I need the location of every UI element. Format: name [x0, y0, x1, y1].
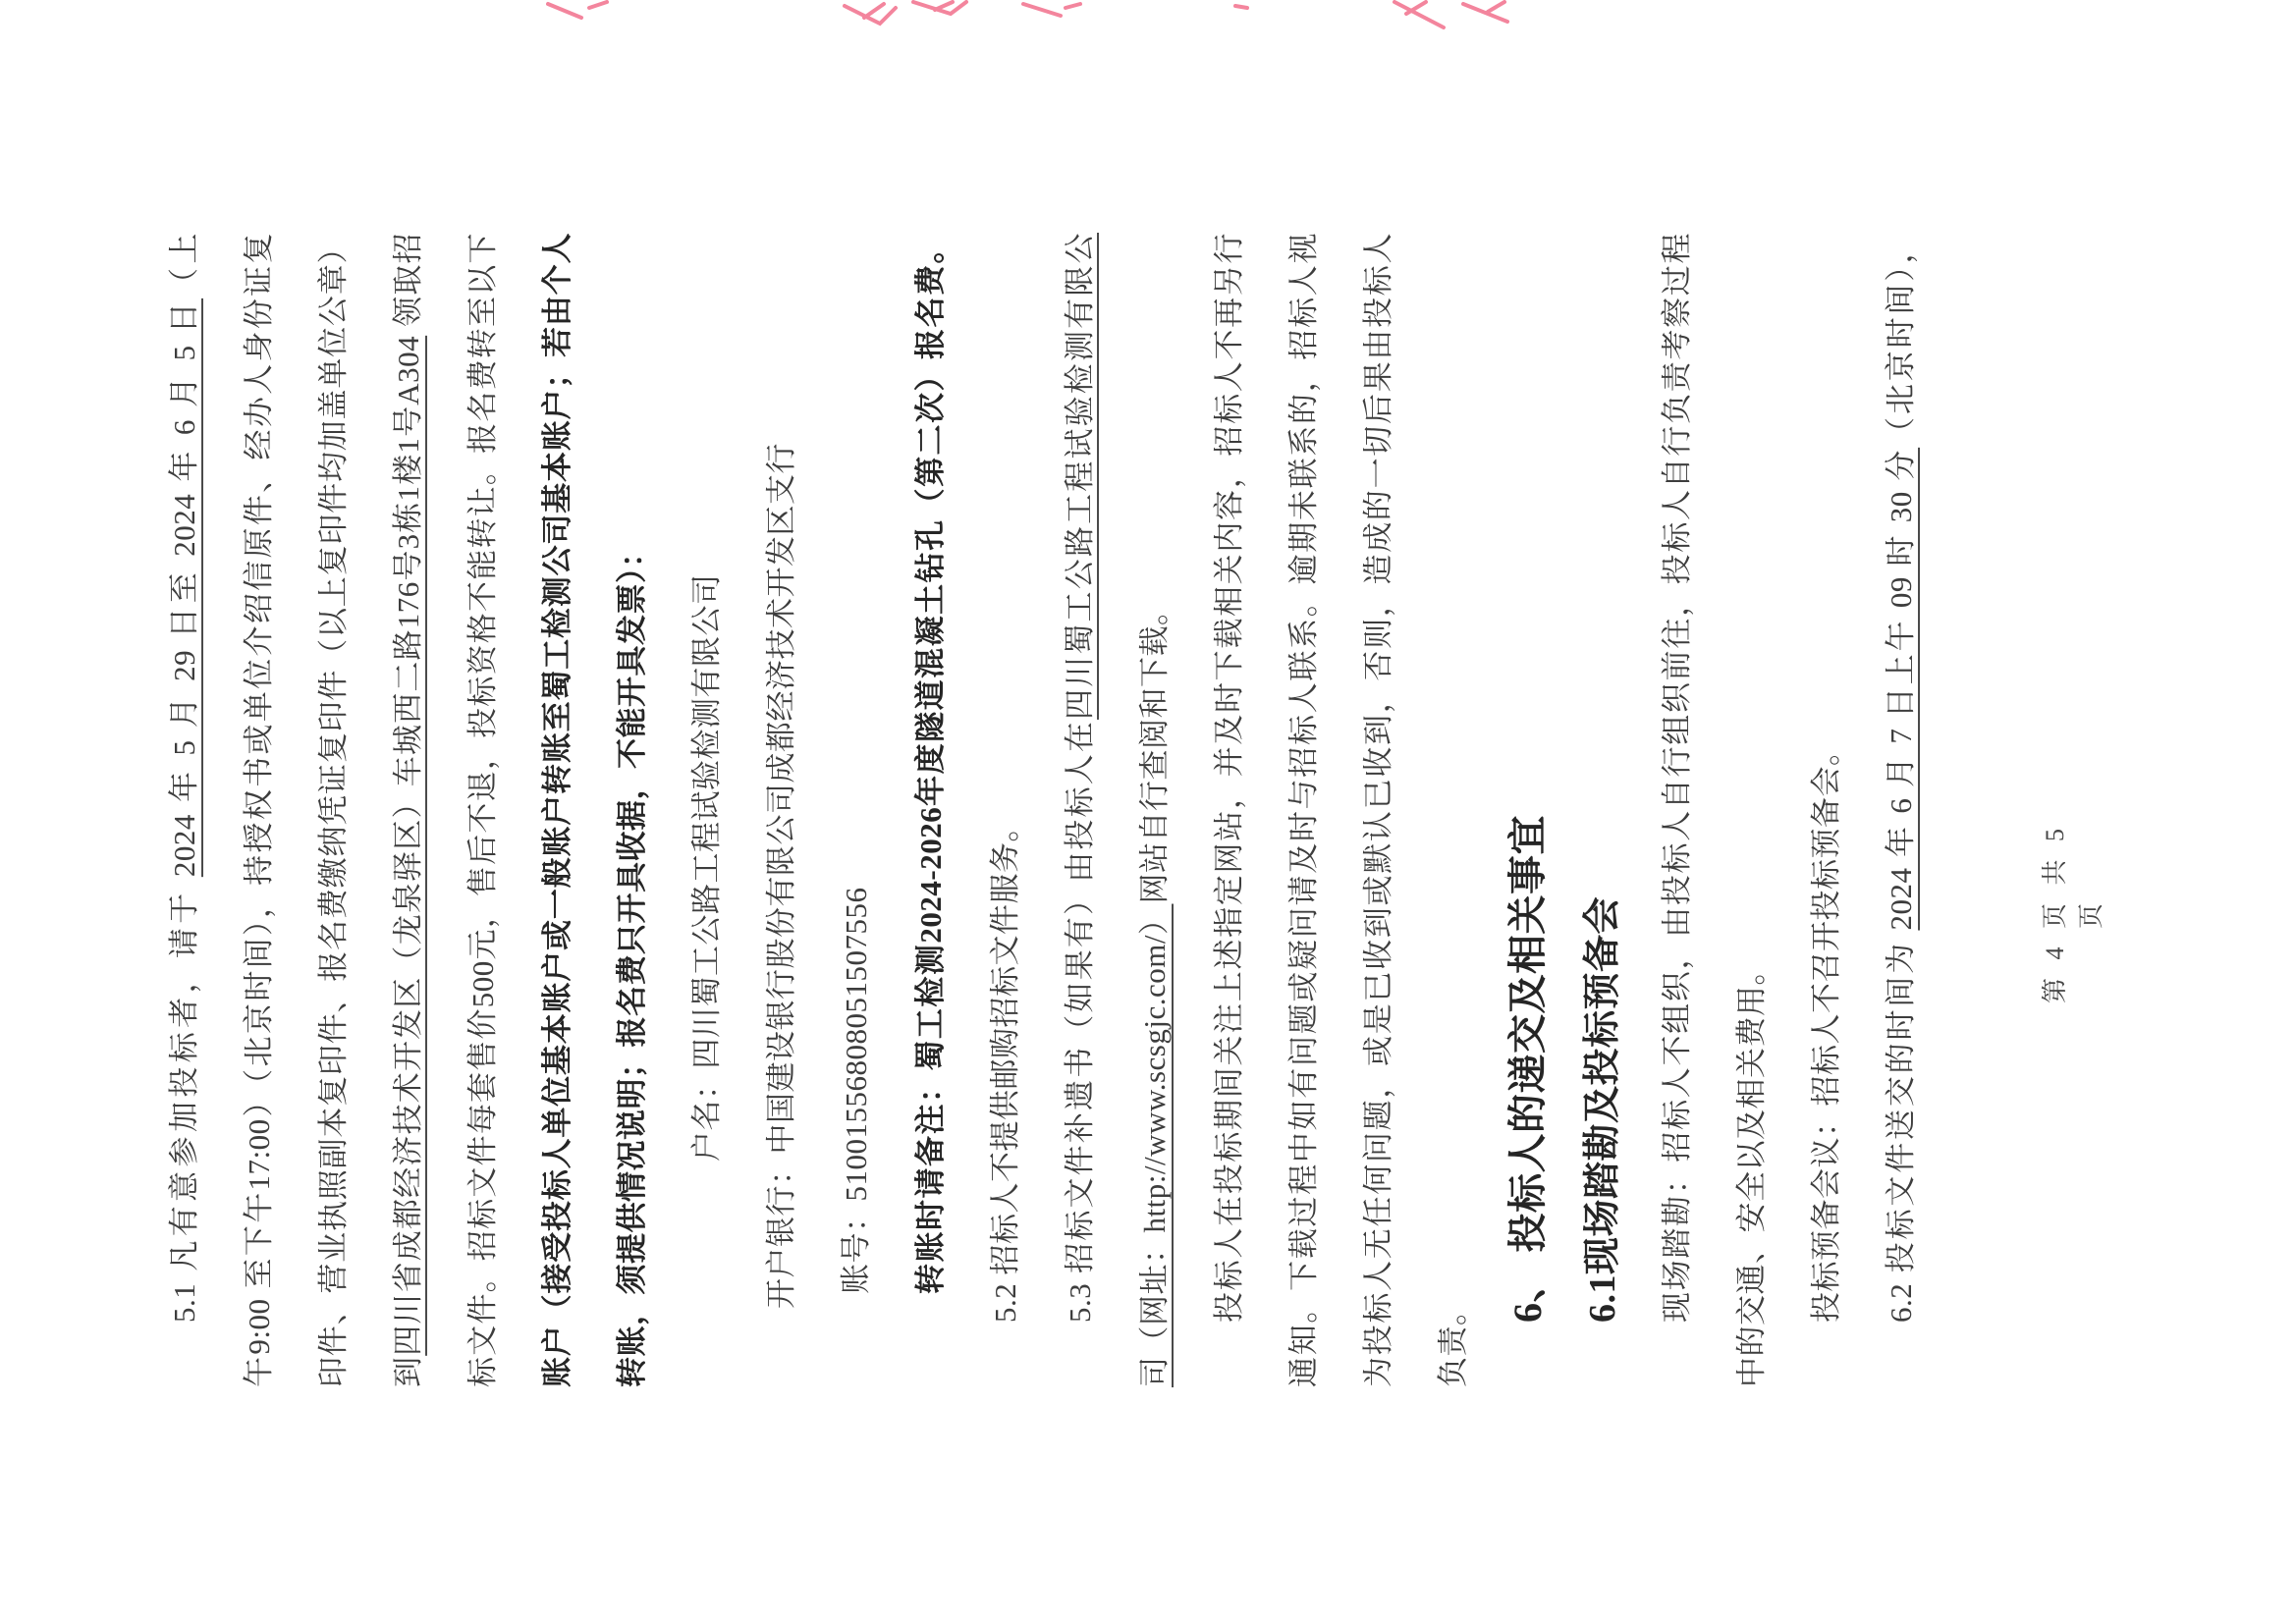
text-line: 户名：四川蜀工公路工程试验检测有限公司 — [670, 233, 744, 1387]
red-ink-marks — [530, 0, 1532, 47]
text-segment: 投标人在投标期间关注上述指定网站，并及时下载相关内容，招标人不再另行 — [1212, 233, 1246, 1323]
text-segment: （上 — [167, 233, 201, 298]
text-line: 6.2 投标文件送交的时间为 2024 年 6 月 7 日上午 09 时 30 … — [1864, 233, 1939, 1387]
underlined-text: 四川省成都经济技术开发区（龙泉驿区）车城西二路176号3栋1楼1号A304 — [391, 336, 425, 1356]
text-segment: 5.3 招标文件补遗书（如果有）由投标人在 — [1063, 720, 1097, 1323]
text-segment: 5.2 招标人不提供邮购招标文件服务。 — [988, 811, 1022, 1323]
text-line: 开户银行：中国建设银行股份有限公司成都经济技术开发区支行 — [744, 233, 819, 1387]
text-line: 投标人在投标期间关注上述指定网站，并及时下载相关内容，招标人不再另行 — [1192, 233, 1267, 1387]
text-line: 为投标人无任何问题，或是已收到或默认已收到，否则，造成的一切后果由投标人 — [1341, 233, 1416, 1387]
text-line: 账户（接受投标人单位基本账户或一般账户转账至蜀工检测公司基本账户；若由个人 — [520, 233, 595, 1387]
text-segment: 6、 投标人的递交及相关事宜 — [1505, 815, 1550, 1323]
page-footer: 第 4 页 共 5 页 — [2035, 805, 2107, 1021]
text-line: 通知。下载过程中如有问题或疑问请及时与招标人联系。逾期未联系的，招标人视 — [1267, 233, 1341, 1387]
text-line: 司（网址：http://www.scsgjc.com/）网站自行查阅和下载。 — [1118, 233, 1192, 1387]
text-segment: 印件、营业执照副本复印件、报名费缴纳凭证复印件（以上复印件均加盖单位公章） — [316, 233, 351, 1387]
text-segment: 网站自行查阅和下载。 — [1137, 595, 1172, 904]
underlined-text: 四川蜀工公路工程试验检测有限公 — [1063, 233, 1097, 720]
text-line: 负责。 — [1416, 233, 1491, 1387]
document-page: 5.1 凡有意参加投标者，请于 2024 年 5 月 29 日至 2024 年 … — [0, 0, 2296, 1623]
text-segment: 领取招 — [391, 233, 425, 336]
text-line: 到四川省成都经济技术开发区（龙泉驿区）车城西二路176号3栋1楼1号A304 领… — [371, 233, 446, 1387]
text-line: 现场踏勘：招标人不组织，由投标人自行组织前往，投标人自行负责考察过程 — [1640, 233, 1715, 1387]
text-line: 6、 投标人的递交及相关事宜 — [1491, 233, 1565, 1387]
text-segment: 转账，须提供情况说明；报名费只开具收据，不能开具发票）： — [615, 537, 649, 1388]
text-line: 5.3 招标文件补遗书（如果有）由投标人在四川蜀工公路工程试验检测有限公 — [1043, 233, 1118, 1387]
text-line: 标文件。招标文件每套售价500元，售后不退，投标资格不能转让。报名费转至以下 — [446, 233, 520, 1387]
text-segment: 午9:00 至下午17:00）（北京时间），持授权书或单位介绍信原件、经办人身份… — [242, 233, 276, 1387]
text-segment: 标文件。招标文件每套售价500元，售后不退，投标资格不能转让。报名费转至以下 — [465, 233, 500, 1387]
text-segment: 为投标人无任何问题，或是已收到或默认已收到，否则，造成的一切后果由投标人 — [1361, 233, 1395, 1387]
text-line: 5.1 凡有意参加投标者，请于 2024 年 5 月 29 日至 2024 年 … — [147, 233, 222, 1387]
text-line: 6.1现场踏勘及投标预备会 — [1565, 233, 1640, 1387]
text-line: 5.2 招标人不提供邮购招标文件服务。 — [968, 233, 1043, 1387]
text-segment: 中的交通、安全以及相关费用。 — [1734, 954, 1769, 1387]
text-segment: 6.2 投标文件送交的时间为 — [1884, 931, 1918, 1323]
text-segment: 账号：51001556808051507556 — [839, 888, 873, 1295]
text-segment: 转账时请备注：蜀工检测2024-2026年度隧道混凝土钻孔（第二次）报名费。 — [913, 233, 948, 1294]
document-body: 5.1 凡有意参加投标者，请于 2024 年 5 月 29 日至 2024 年 … — [147, 233, 1939, 1387]
text-line: 印件、营业执照副本复印件、报名费缴纳凭证复印件（以上复印件均加盖单位公章） — [297, 233, 371, 1387]
underlined-text: 司（网址：http://www.scsgjc.com/） — [1137, 904, 1172, 1387]
text-line: 转账，须提供情况说明；报名费只开具收据，不能开具发票）： — [595, 233, 670, 1387]
text-segment: （北京时间）， — [1884, 233, 1918, 448]
text-segment: 开户银行：中国建设银行股份有限公司成都经济技术开发区支行 — [764, 443, 798, 1309]
text-segment: 到 — [391, 1356, 425, 1387]
text-segment: 现场踏勘：招标人不组织，由投标人自行组织前往，投标人自行负责考察过程 — [1660, 233, 1694, 1323]
text-line: 午9:00 至下午17:00）（北京时间），持授权书或单位介绍信原件、经办人身份… — [222, 233, 297, 1387]
text-segment: 6.1现场踏勘及投标预备会 — [1582, 896, 1623, 1323]
underlined-text: 2024 年 5 月 29 日至 2024 年 6 月 5 日 — [167, 298, 201, 877]
text-line: 投标预备会议：招标人不召开投标预备会。 — [1789, 233, 1864, 1387]
text-segment: 户名：四川蜀工公路工程试验检测有限公司 — [689, 574, 724, 1163]
text-segment: 投标预备会议：招标人不召开投标预备会。 — [1809, 735, 1843, 1324]
text-segment: 5.1 凡有意参加投标者，请于 — [167, 877, 201, 1323]
text-line: 中的交通、安全以及相关费用。 — [1715, 233, 1789, 1387]
scanned-page-viewport: 5.1 凡有意参加投标者，请于 2024 年 5 月 29 日至 2024 年 … — [0, 0, 2296, 1623]
text-segment: 负责。 — [1436, 1295, 1470, 1388]
text-segment: 账户（接受投标人单位基本账户或一般账户转账至蜀工检测公司基本账户；若由个人 — [540, 233, 574, 1387]
underlined-text: 2024 年 6 月 7 日上午 09 时 30 分 — [1884, 448, 1918, 931]
text-line: 转账时请备注：蜀工检测2024-2026年度隧道混凝土钻孔（第二次）报名费。 — [894, 233, 968, 1387]
text-segment: 通知。下载过程中如有问题或疑问请及时与招标人联系。逾期未联系的，招标人视 — [1286, 233, 1321, 1387]
text-line: 账号：51001556808051507556 — [819, 233, 894, 1387]
